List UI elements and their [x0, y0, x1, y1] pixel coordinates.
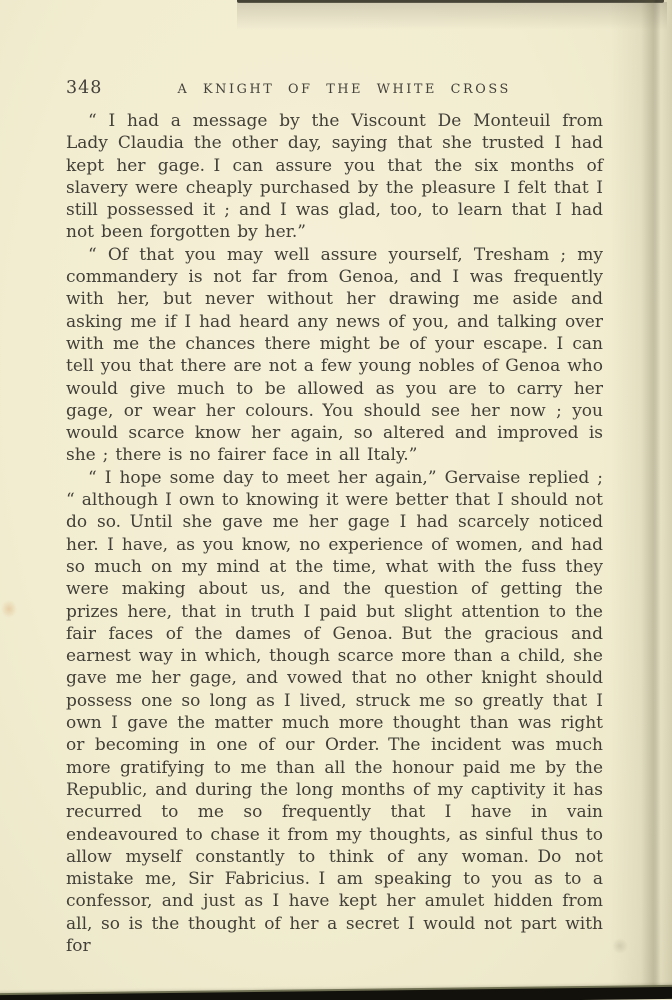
book-page-scan: 348 A KNIGHT OF THE WHITE CROSS “ I had …: [0, 0, 672, 1000]
page-number: 348: [66, 78, 102, 98]
body-text: “ I had a message by the Viscount De Mon…: [66, 110, 603, 957]
running-title: A KNIGHT OF THE WHITE CROSS: [102, 82, 604, 97]
paragraph-2: “ Of that you may well assure yourself, …: [66, 244, 603, 467]
paper-stain: [1, 600, 17, 618]
scan-top-shadow: [237, 2, 667, 30]
paragraph-3: “ I hope some day to meet her again,” Ge…: [66, 467, 603, 958]
paper-smudge: [612, 938, 628, 954]
running-header: 348 A KNIGHT OF THE WHITE CROSS: [66, 78, 604, 98]
page-right-edge-shadow: [610, 0, 672, 994]
paragraph-1: “ I had a message by the Viscount De Mon…: [66, 110, 603, 244]
